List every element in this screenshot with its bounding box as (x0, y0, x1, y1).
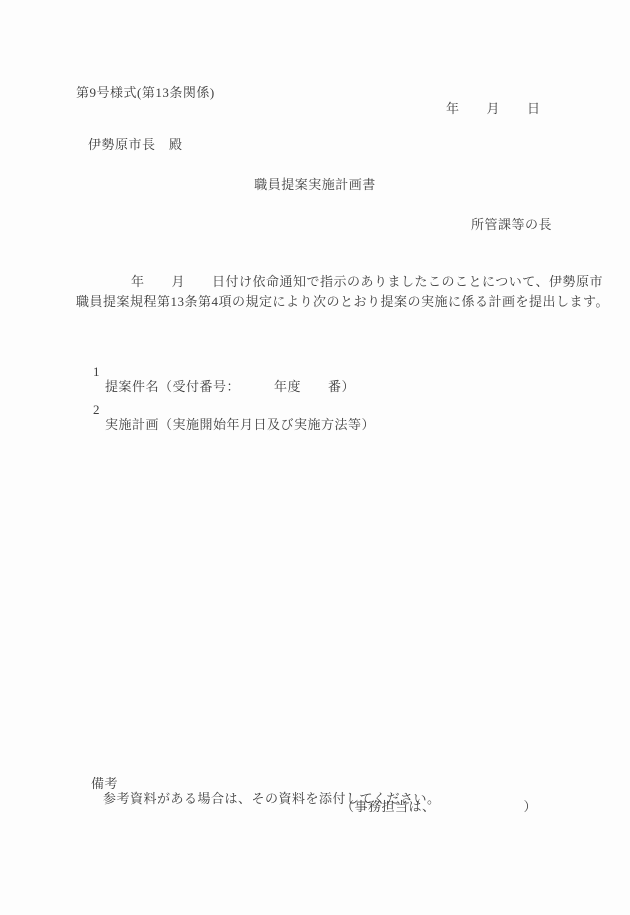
item-2-label: 実施計画（実施開始年月日及び実施方法等） (105, 418, 375, 433)
item-2-number: 2 (93, 403, 100, 418)
item-implementation-plan: 2 実施計画（実施開始年月日及び実施方法等） (78, 388, 375, 448)
page-title: 職員提案実施計画書 (0, 178, 630, 193)
remarks-label: 備考 (91, 777, 118, 792)
body-paragraph-line-2: 職員提案規程第13条第4項の規定により次のとおり提案の実施に係る計画を提出します… (76, 295, 609, 310)
item-1-number: 1 (93, 365, 100, 380)
author-signature-line: 所管課等の長 (471, 218, 552, 233)
document-page: 第9号様式(第13条関係) 年 月 日 伊勢原市長 殿 職員提案実施計画書 所管… (0, 0, 630, 915)
addressee: 伊勢原市長 殿 (88, 138, 183, 153)
body-paragraph-line-1: 年 月 日付け依命通知で指示のありましたこのことについて、伊勢原市 (131, 275, 603, 290)
form-number: 第9号様式(第13条関係) (76, 86, 215, 101)
clerical-staff-note: （事務担当は、 ） (341, 800, 537, 815)
date-fill-in-line: 年 月 日 (446, 102, 541, 117)
